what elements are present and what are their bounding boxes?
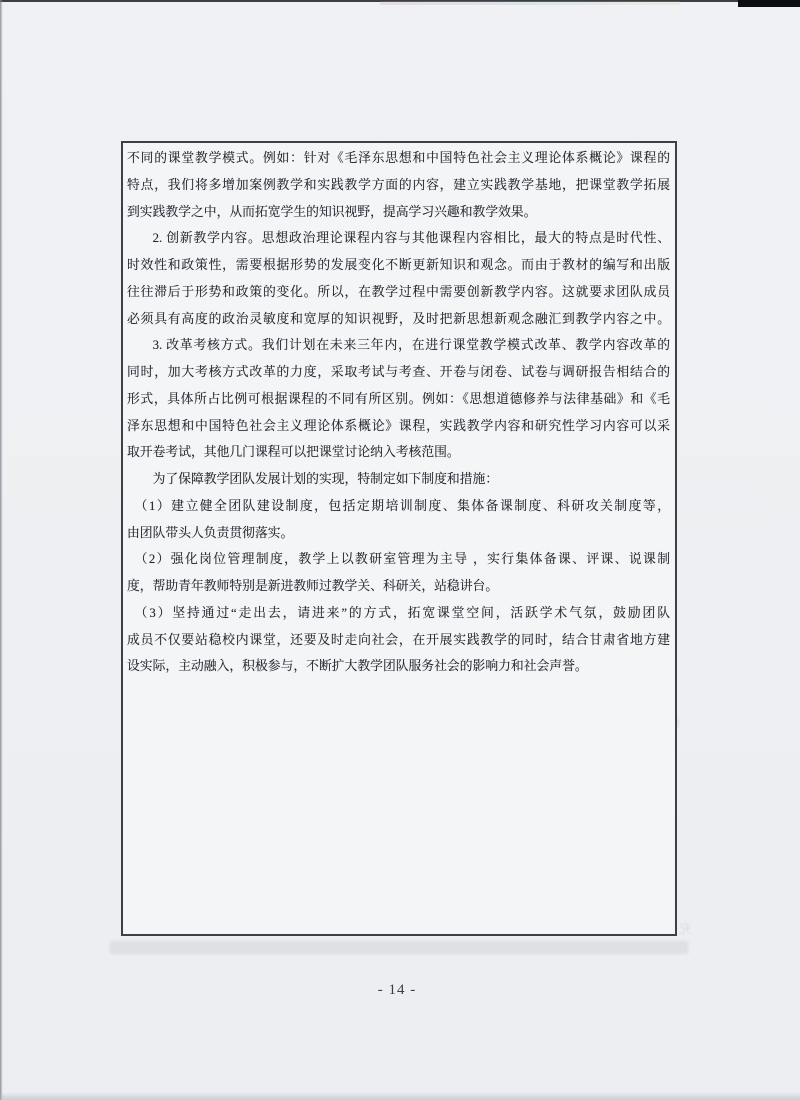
text-line: 到实践教学之中，从而拓宽学生的知识视野，提高学习兴趣和教学效果。 bbox=[127, 199, 670, 226]
text-line: （3）坚持通过“走出去，请进来”的方式，拓宽课堂空间，活跃学术气氛，鼓励团队 bbox=[127, 600, 670, 627]
scan-artifact-top-right-mark bbox=[738, 0, 800, 7]
text-line: 3. 改革考核方式。我们计划在未来三年内，在进行课堂教学模式改革、教学内容改革的 bbox=[127, 332, 670, 359]
text-line: 由团队带头人负责贯彻落实。 bbox=[127, 520, 670, 547]
document-border-box: 不同的课堂教学模式。例如：针对《毛泽东思想和中国特色社会主义理论体系概论》课程的… bbox=[121, 141, 677, 936]
text-line: 形式，具体所占比例可根据课程的不同有所区别。例如：《思想道德修养与法律基础》和《… bbox=[127, 386, 670, 413]
document-text: 不同的课堂教学模式。例如：针对《毛泽东思想和中国特色社会主义理论体系概论》课程的… bbox=[127, 145, 670, 680]
text-line: 2. 创新教学内容。思想政治理论课程内容与其他课程内容相比，最大的特点是时代性、 bbox=[127, 225, 670, 252]
text-line: 设实际，主动融入，积极参与，不断扩大教学团队服务社会的影响力和社会声誉。 bbox=[127, 653, 670, 680]
text-line: 不同的课堂教学模式。例如：针对《毛泽东思想和中国特色社会主义理论体系概论》课程的 bbox=[127, 145, 670, 172]
scan-artifact-left-edge bbox=[0, 0, 3, 1100]
text-line: 泽东思想和中国特色社会主义理论体系概论》课程，实践教学内容和研究性学习内容可以采 bbox=[127, 413, 670, 440]
text-line: 往往滞后于形势和政策的变化。所以，在教学过程中需要创新教学内容。这就要求团队成员 bbox=[127, 279, 670, 306]
text-line: （1）建立健全团队建设制度，包括定期培训制度、集体备课制度、科研攻关制度等， bbox=[127, 493, 670, 520]
text-line: 特点，我们将多增加案例教学和实践教学方面的内容，建立实践教学基地，把课堂教学拓展 bbox=[127, 172, 670, 199]
text-line: 成员不仅要站稳校内课堂，还要及时走向社会，在开展实践教学的同时，结合甘肃省地方建 bbox=[127, 627, 670, 654]
text-line: 度，帮助青年教师特别是新进教师过教学关、科研关，站稳讲台。 bbox=[127, 573, 670, 600]
text-line: 取开卷考试，其他几门课程可以把课堂讨论纳入考核范围。 bbox=[127, 439, 670, 466]
text-line: 为了保障教学团队发展计划的实现，特制定如下制度和措施： bbox=[127, 466, 670, 493]
text-line: 同时，加大考核方式改革的力度，采取考试与考查、开卷与闭卷、试卷与调研报告相结合的 bbox=[127, 359, 670, 386]
scan-artifact-color-tint bbox=[380, 1, 680, 5]
text-line: 时效性和政策性，需要根据形势的发展变化不断更新知识和观念。而由于教材的编写和出版 bbox=[127, 252, 670, 279]
scanned-page: 教学改革成效团队建设发展规划七、团队今后建设规划建设目标以改革创新精神切实加强思… bbox=[0, 0, 800, 1100]
scan-artifact-bottom-edge bbox=[0, 1092, 800, 1100]
page-number: - 14 - bbox=[0, 982, 794, 999]
text-line: （2）强化岗位管理制度，教学上以教研室管理为主导 ，实行集体备课、评课、说课制 bbox=[127, 546, 670, 573]
text-line: 必须具有高度的政治灵敏度和宽厚的知识视野，及时把新思想新观念融汇到教学内容之中。 bbox=[127, 306, 670, 333]
scan-artifact-smudge bbox=[110, 941, 688, 954]
